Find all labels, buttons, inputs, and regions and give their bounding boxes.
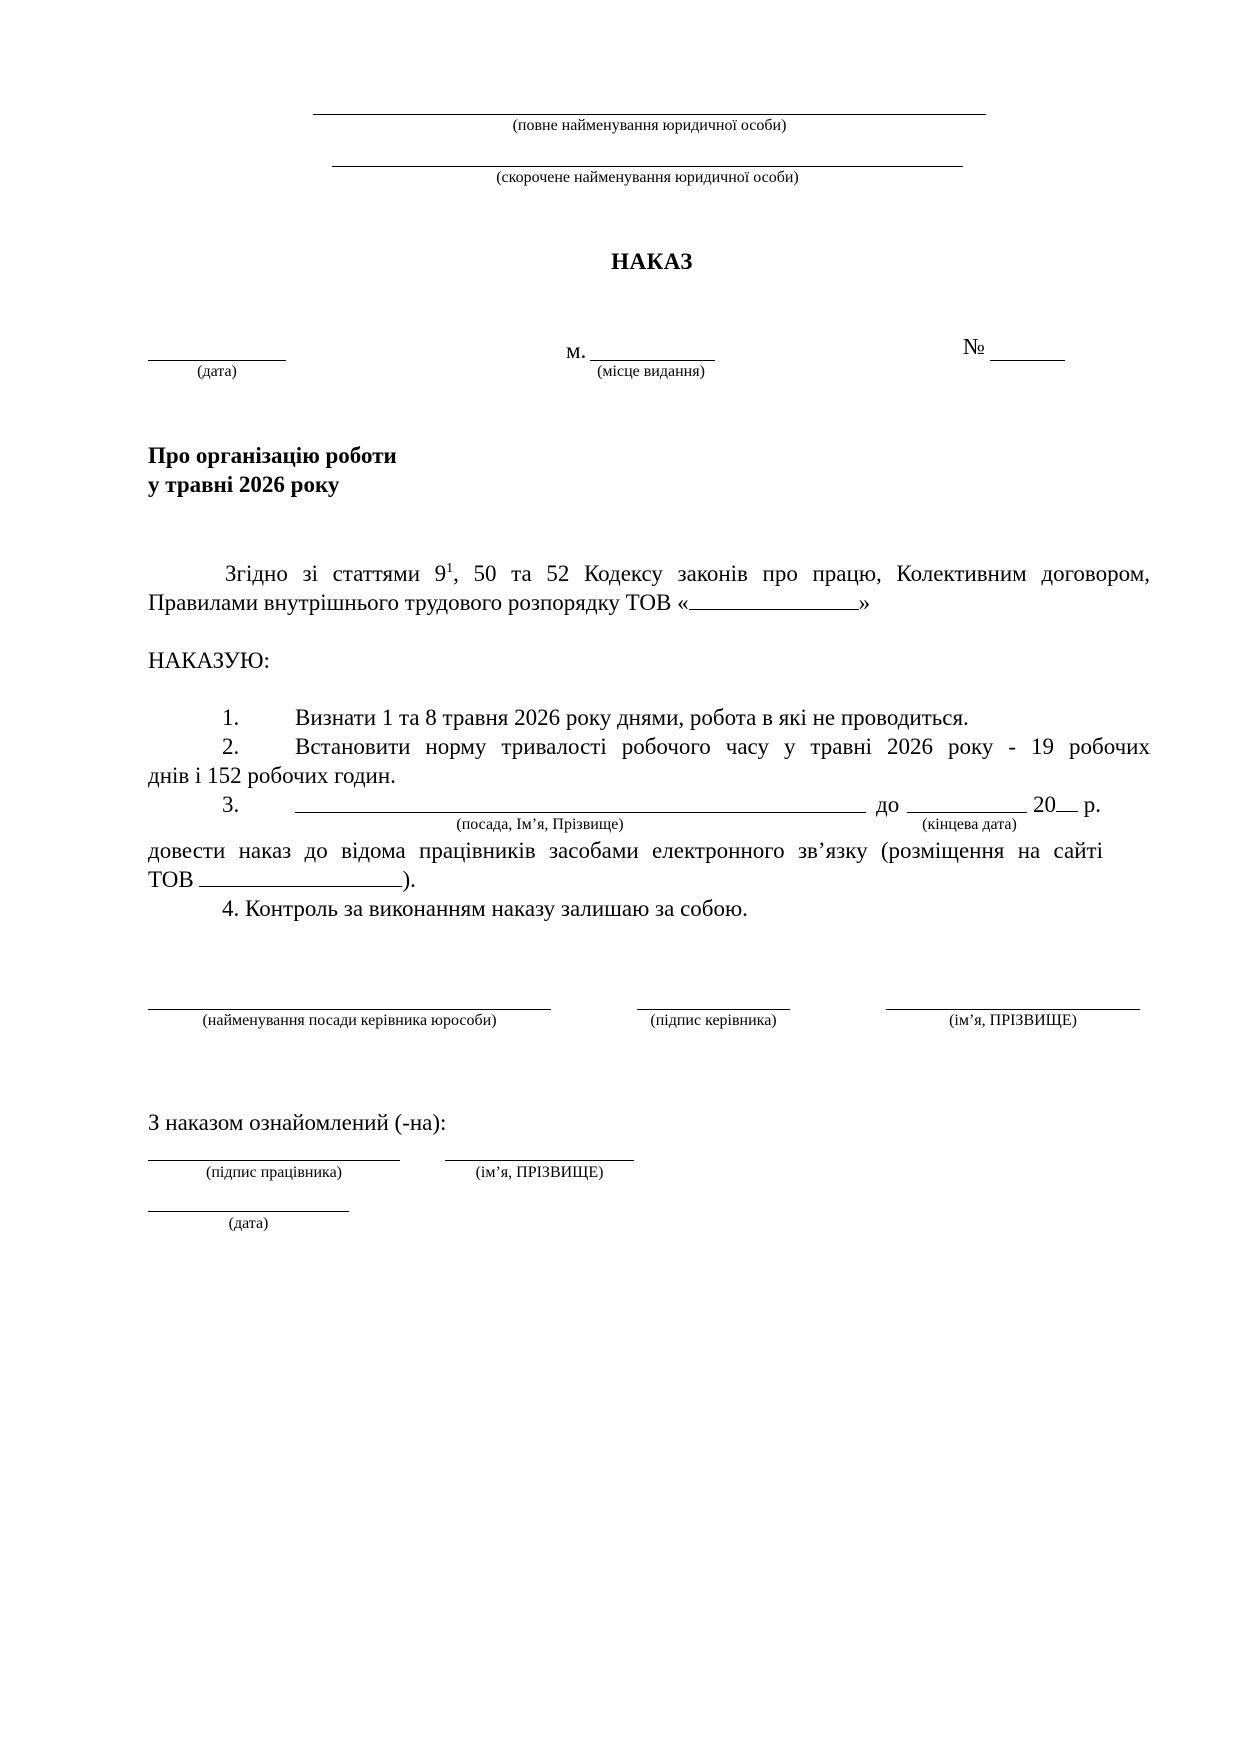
order-word: НАКАЗУЮ:: [148, 646, 270, 675]
item-2-text-line-2: днів і 152 робочих годин.: [148, 761, 396, 790]
preamble-line-2-prefix: Правилами внутрішнього трудового розпоря…: [148, 590, 689, 615]
item-3-tov: ТОВ: [148, 867, 194, 892]
city-prefix: м.: [566, 336, 586, 365]
manager-signature-caption: (підпис керівника): [617, 1012, 810, 1030]
item-2-text-line-1: Встановити норму тривалості робочого час…: [295, 732, 1150, 761]
document-title: НАКАЗ: [0, 249, 1240, 275]
responsible-person-caption: (посада, Ім’я, Прізвище): [400, 816, 680, 834]
full-name-field[interactable]: [313, 114, 986, 115]
short-name-field[interactable]: [332, 166, 963, 167]
employee-signature-caption: (підпис працівника): [148, 1164, 400, 1182]
manager-name-field[interactable]: [886, 1009, 1140, 1010]
preamble-text: Згідно зі статтями 9: [225, 561, 446, 586]
preamble-text-cont: , 50 та 52 Кодексу законів про працю, Ко…: [453, 561, 1150, 586]
item-2-number: 2.: [222, 732, 239, 761]
item-3-text-line-2: ТОВ ).: [148, 865, 416, 894]
preamble-line-2-suffix: »: [859, 590, 871, 615]
employee-date-caption: (дата): [148, 1215, 349, 1233]
manager-position-caption: (найменування посади керівника юрособи): [148, 1012, 551, 1030]
item-1-text: Визнати 1 та 8 травня 2026 року днями, р…: [295, 703, 969, 732]
company-name-field[interactable]: [689, 589, 859, 610]
employee-name-caption: (ім’я, ПРІЗВИЩЕ): [445, 1164, 634, 1182]
date-field[interactable]: [148, 360, 286, 361]
preamble-line-1: Згідно зі статтями 91, 50 та 52 Кодексу …: [225, 559, 1150, 588]
manager-signature-field[interactable]: [637, 1009, 790, 1010]
subject-line-2: у травні 2026 року: [148, 472, 339, 498]
website-field[interactable]: [199, 866, 402, 887]
employee-signature-field[interactable]: [148, 1160, 400, 1161]
number-field[interactable]: [990, 360, 1065, 361]
date-caption: (дата): [148, 363, 286, 381]
number-prefix: №: [963, 332, 985, 361]
place-field[interactable]: [590, 360, 715, 361]
acknowledgement-title: З наказом ознайомлений (-на):: [148, 1108, 446, 1137]
deadline-caption: (кінцева дата): [897, 816, 1042, 834]
item-4-text: 4. Контроль за виконанням наказу залишаю…: [222, 894, 748, 923]
employee-date-field[interactable]: [148, 1211, 349, 1212]
item-3-close: ).: [402, 867, 415, 892]
deadline-field[interactable]: [907, 812, 1027, 813]
item-3-to-word: до: [876, 790, 899, 819]
year-prefix: 20: [1033, 792, 1056, 817]
manager-position-field[interactable]: [148, 1009, 551, 1010]
item-3-year: 20 р.: [1033, 790, 1101, 819]
item-3-text-line-1: довести наказ до відома працівників засо…: [148, 836, 1103, 865]
manager-name-caption: (ім’я, ПРІЗВИЩЕ): [886, 1012, 1140, 1030]
place-caption: (місце видання): [566, 363, 736, 381]
full-name-caption: (повне найменування юридичної особи): [313, 117, 986, 135]
item-1-number: 1.: [222, 703, 239, 732]
year-field[interactable]: [1056, 791, 1078, 812]
short-name-caption: (скорочене найменування юридичної особи): [332, 169, 963, 187]
responsible-person-field[interactable]: [295, 812, 866, 813]
item-3-number: 3.: [222, 790, 239, 819]
preamble-line-2: Правилами внутрішнього трудового розпоря…: [148, 588, 870, 617]
year-suffix: р.: [1084, 792, 1101, 817]
employee-name-field[interactable]: [445, 1160, 634, 1161]
subject-line-1: Про організацію роботи: [148, 443, 397, 469]
